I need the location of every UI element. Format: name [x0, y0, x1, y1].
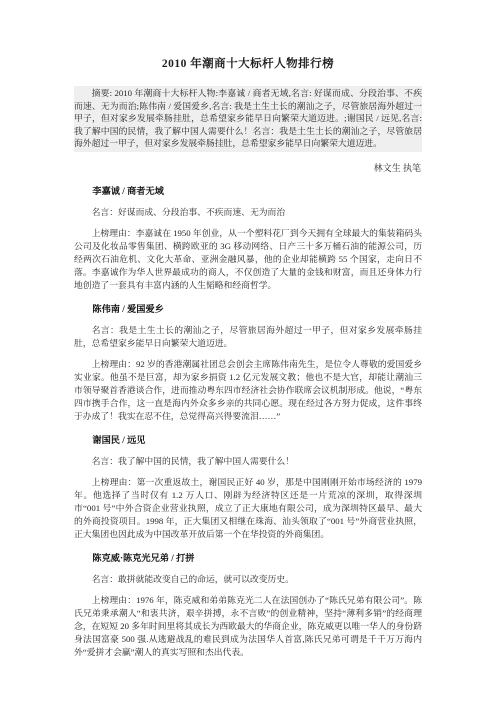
section-heading: 谢国民 / 远见 [74, 434, 422, 447]
abstract-box: 摘要: 2010 年潮商十大标杆人物:李嘉诚 / 商者无域,名言: 好谋而成、分… [74, 86, 422, 152]
reason-paragraph: 上榜理由：第一次重返故土，谢国民正好 40 岁，那是中国刚刚开始市场经济的 19… [74, 476, 422, 541]
reason-paragraph: 上榜理由：1976 年，陈克威和弟弟陈克光二人在法国创办了“陈氏兄弟有限公司”。… [74, 594, 422, 659]
reason-paragraph: 上榜理由：李嘉诚在 1950 年创业，从一个塑料花厂到今天拥有全球最大的集装箱码… [74, 227, 422, 292]
section-chen-brothers: 陈克威·陈克光兄弟 / 打拼 名言：敢拼就能改变自己的命运，就可以改变历史。 上… [74, 552, 422, 659]
quote-paragraph: 名言：好谋而成、分段治事、不疾而速、无为而治 [74, 206, 422, 219]
quote-paragraph: 名言：敢拼就能改变自己的命运，就可以改变历史。 [74, 573, 422, 586]
reason-paragraph: 上榜理由：92 岁的香港潮属社团总会创会主席陈伟南先生，是位令人尊敬的爱国爱乡实… [74, 358, 422, 423]
document-page: 2010 年潮商十大标杆人物排行榜 摘要: 2010 年潮商十大标杆人物:李嘉诚… [0, 0, 496, 702]
document-title: 2010 年潮商十大标杆人物排行榜 [74, 57, 422, 72]
section-heading: 陈克威·陈克光兄弟 / 打拼 [74, 552, 422, 565]
section-li-jiacheng: 李嘉诚 / 商者无域 名言：好谋而成、分段治事、不疾而速、无为而治 上榜理由：李… [74, 185, 422, 292]
quote-paragraph: 名言：我了解中国的民情，我了解中国人需要什么！ [74, 455, 422, 468]
section-heading: 陈伟南 / 爱国爱乡 [74, 303, 422, 316]
section-chen-weinan: 陈伟南 / 爱国爱乡 名言：我是土生土长的潮汕之子，尽管旅居海外超过一甲子，但对… [74, 303, 422, 423]
byline: 林文生 执笔 [74, 162, 421, 174]
section-heading: 李嘉诚 / 商者无域 [74, 185, 422, 198]
section-xie-guomin: 谢国民 / 远见 名言：我了解中国的民情，我了解中国人需要什么！ 上榜理由：第一… [74, 434, 422, 541]
quote-paragraph: 名言：我是土生土长的潮汕之子，尽管旅居海外超过一甲子，但对家乡发展牵肠挂肚，总希… [74, 324, 422, 350]
